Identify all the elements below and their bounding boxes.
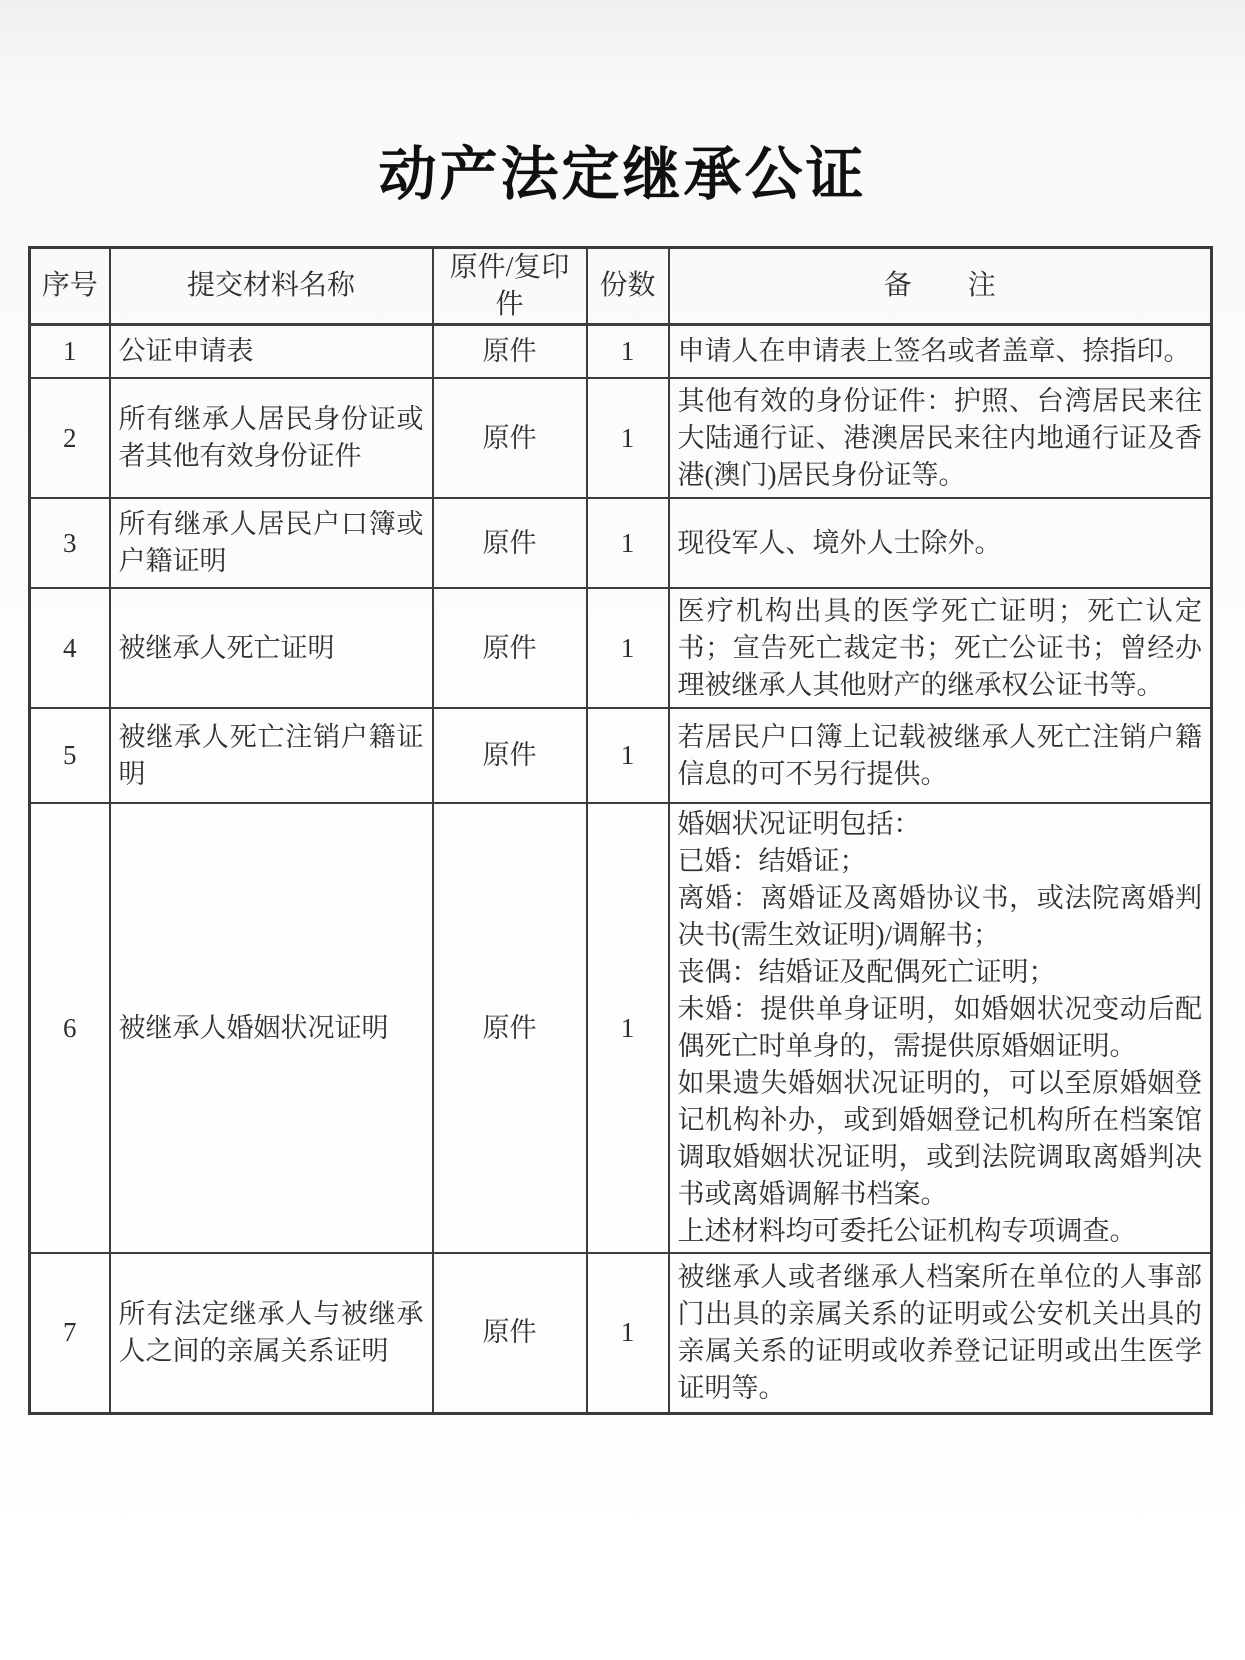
row-serial-number: 5 — [30, 708, 110, 803]
table-row: 4 被继承人死亡证明 原件 1 医疗机构出具的医学死亡证明；死亡认定书；宣告死亡… — [30, 588, 1212, 708]
header-copies: 份数 — [587, 247, 669, 324]
remark-line: 被继承人或者继承人档案所在单位的人事部门出具的亲属关系的证明或公安机关出具的亲属… — [678, 1259, 1203, 1407]
row-remarks: 申请人在申请表上签名或者盖章、捺指印。 — [669, 324, 1212, 378]
row-serial-number: 3 — [30, 498, 110, 588]
requirements-table: 序号 提交材料名称 原件/复印件 份数 备 注 1 公证申请表 原件 1 申请人… — [28, 246, 1213, 1415]
row-copies-count: 1 — [587, 324, 669, 378]
table-row: 3 所有继承人居民户口簿或户籍证明 原件 1 现役军人、境外人士除外。 — [30, 498, 1212, 588]
row-copies-count: 1 — [587, 498, 669, 588]
row-original-copy: 原件 — [433, 378, 587, 498]
row-original-copy: 原件 — [433, 324, 587, 378]
row-copies-count: 1 — [587, 708, 669, 803]
row-original-copy: 原件 — [433, 588, 587, 708]
row-remarks: 其他有效的身份证件：护照、台湾居民来往大陆通行证、港澳居民来往内地通行证及香港(… — [669, 378, 1212, 498]
row-remarks: 医疗机构出具的医学死亡证明；死亡认定书；宣告死亡裁定书；死亡公证书；曾经办理被继… — [669, 588, 1212, 708]
row-remarks: 被继承人或者继承人档案所在单位的人事部门出具的亲属关系的证明或公安机关出具的亲属… — [669, 1253, 1212, 1413]
row-copies-count: 1 — [587, 378, 669, 498]
remark-line: 现役军人、境外人士除外。 — [678, 525, 1203, 562]
remark-line: 申请人在申请表上签名或者盖章、捺指印。 — [678, 333, 1203, 370]
remark-line: 离婚：离婚证及离婚协议书，或法院离婚判决书(需生效证明)/调解书； — [678, 880, 1203, 954]
remark-line: 未婚：提供单身证明，如婚姻状况变动后配偶死亡时单身的，需提供原婚姻证明。 — [678, 991, 1203, 1065]
table-body: 1 公证申请表 原件 1 申请人在申请表上签名或者盖章、捺指印。 2 所有继承人… — [30, 324, 1212, 1413]
row-material-name: 所有继承人居民户口簿或户籍证明 — [110, 498, 433, 588]
row-remarks: 若居民户口簿上记载被继承人死亡注销户籍信息的可不另行提供。 — [669, 708, 1212, 803]
remark-line: 其他有效的身份证件：护照、台湾居民来往大陆通行证、港澳居民来往内地通行证及香港(… — [678, 383, 1203, 494]
row-material-name: 被继承人死亡注销户籍证明 — [110, 708, 433, 803]
row-serial-number: 2 — [30, 378, 110, 498]
header-material-name: 提交材料名称 — [110, 247, 433, 324]
table-row: 6 被继承人婚姻状况证明 原件 1 婚姻状况证明包括：已婚：结婚证；离婚：离婚证… — [30, 803, 1212, 1253]
row-serial-number: 6 — [30, 803, 110, 1253]
row-remarks: 现役军人、境外人士除外。 — [669, 498, 1212, 588]
row-original-copy: 原件 — [433, 498, 587, 588]
table-row: 2 所有继承人居民身份证或者其他有效身份证件 原件 1 其他有效的身份证件：护照… — [30, 378, 1212, 498]
row-original-copy: 原件 — [433, 1253, 587, 1413]
remark-line: 若居民户口簿上记载被继承人死亡注销户籍信息的可不另行提供。 — [678, 719, 1203, 793]
row-serial-number: 4 — [30, 588, 110, 708]
header-original-copy: 原件/复印件 — [433, 247, 587, 324]
row-material-name: 被继承人婚姻状况证明 — [110, 803, 433, 1253]
remark-line: 丧偶：结婚证及配偶死亡证明； — [678, 954, 1203, 991]
remark-line: 如果遗失婚姻状况证明的，可以至原婚姻登记机构补办，或到婚姻登记机构所在档案馆调取… — [678, 1065, 1203, 1213]
document-page: 动产法定继承公证 序号 提交材料名称 原件/复印件 份数 备 注 1 公证申请表… — [0, 0, 1245, 1660]
row-material-name: 被继承人死亡证明 — [110, 588, 433, 708]
row-material-name: 公证申请表 — [110, 324, 433, 378]
table-row: 5 被继承人死亡注销户籍证明 原件 1 若居民户口簿上记载被继承人死亡注销户籍信… — [30, 708, 1212, 803]
table-header-row: 序号 提交材料名称 原件/复印件 份数 备 注 — [30, 247, 1212, 324]
row-remarks: 婚姻状况证明包括：已婚：结婚证；离婚：离婚证及离婚协议书，或法院离婚判决书(需生… — [669, 803, 1212, 1253]
header-remarks: 备 注 — [669, 247, 1212, 324]
row-copies-count: 1 — [587, 1253, 669, 1413]
remark-line: 婚姻状况证明包括： — [678, 806, 1203, 843]
row-copies-count: 1 — [587, 803, 669, 1253]
table-row: 7 所有法定继承人与被继承人之间的亲属关系证明 原件 1 被继承人或者继承人档案… — [30, 1253, 1212, 1413]
remark-line: 已婚：结婚证； — [678, 843, 1203, 880]
remark-line: 上述材料均可委托公证机构专项调查。 — [678, 1213, 1203, 1250]
row-serial-number: 1 — [30, 324, 110, 378]
header-serial-number: 序号 — [30, 247, 110, 324]
row-original-copy: 原件 — [433, 803, 587, 1253]
remark-line: 医疗机构出具的医学死亡证明；死亡认定书；宣告死亡裁定书；死亡公证书；曾经办理被继… — [678, 593, 1203, 704]
table-row: 1 公证申请表 原件 1 申请人在申请表上签名或者盖章、捺指印。 — [30, 324, 1212, 378]
row-copies-count: 1 — [587, 588, 669, 708]
row-serial-number: 7 — [30, 1253, 110, 1413]
page-title: 动产法定继承公证 — [0, 0, 1245, 210]
row-original-copy: 原件 — [433, 708, 587, 803]
row-material-name: 所有继承人居民身份证或者其他有效身份证件 — [110, 378, 433, 498]
row-material-name: 所有法定继承人与被继承人之间的亲属关系证明 — [110, 1253, 433, 1413]
